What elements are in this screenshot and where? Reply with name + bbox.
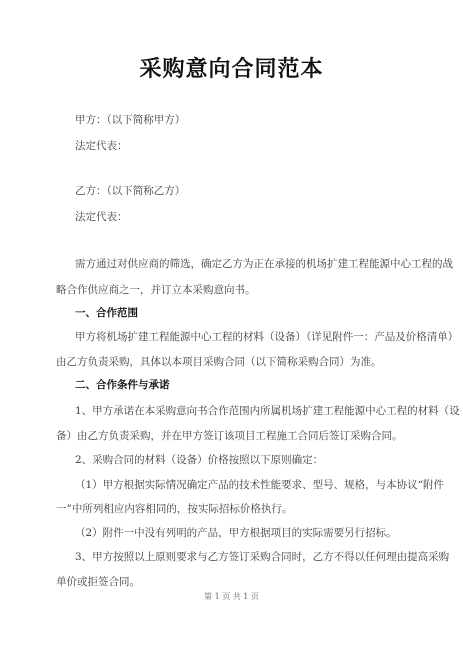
section-heading: 二、合作条件与承诺	[75, 377, 170, 392]
paragraph-line: （1）甲方根据实际情况确定产品的技术性能要求、型号、规格，与本协议“附件	[75, 477, 444, 492]
paragraph-line: 甲方将机场扩建工程能源中心工程的材料（设备）（详见附件一：产品及价格清单）	[75, 329, 458, 344]
paragraph-line: 3、甲方按照以上原则要求与乙方签订采购合同时，乙方不得以任何理由提高采购	[75, 549, 449, 564]
paragraph-line: （2）附件一中没有列明的产品，甲方根据项目的实际需要另行招标。	[75, 525, 397, 540]
document-title: 采购意向合同范本	[0, 52, 463, 83]
paragraph-line: 单价或拒签合同。	[56, 574, 140, 589]
party-a-label: 甲方：（以下简称甲方）	[75, 112, 185, 127]
intro-line: 略合作供应商之一，并订立本采购意向书。	[56, 282, 256, 297]
intro-line: 需方通过对供应商的筛选，确定乙方为正在承接的机场扩建工程能源中心工程的战	[75, 256, 453, 271]
party-b-rep: 法定代表：	[75, 209, 128, 224]
paragraph-line: 1、甲方承诺在本采购意向书合作范围内所属机场扩建工程能源中心工程的材料（设	[75, 403, 460, 418]
party-b-label: 乙方：（以下简称乙方）	[75, 183, 185, 198]
party-a-rep: 法定代表：	[75, 138, 128, 153]
page-footer: 第 1 页 共 1 页	[0, 591, 463, 602]
paragraph-line: 备）由乙方负责采购，并在甲方签订该项目工程施工合同后签订采购合同。	[56, 428, 403, 443]
paragraph-line: 一”中所列相应内容相同的，按实际招标价格执行。	[56, 501, 292, 516]
section-heading: 一、合作范围	[75, 305, 138, 320]
paragraph-line: 2、采购合同的材料（设备）价格按照以下原则确定：	[75, 452, 323, 467]
paragraph-line: 由乙方负责采购，具体以本项目采购合同（以下简称采购合同）为准。	[56, 354, 382, 369]
